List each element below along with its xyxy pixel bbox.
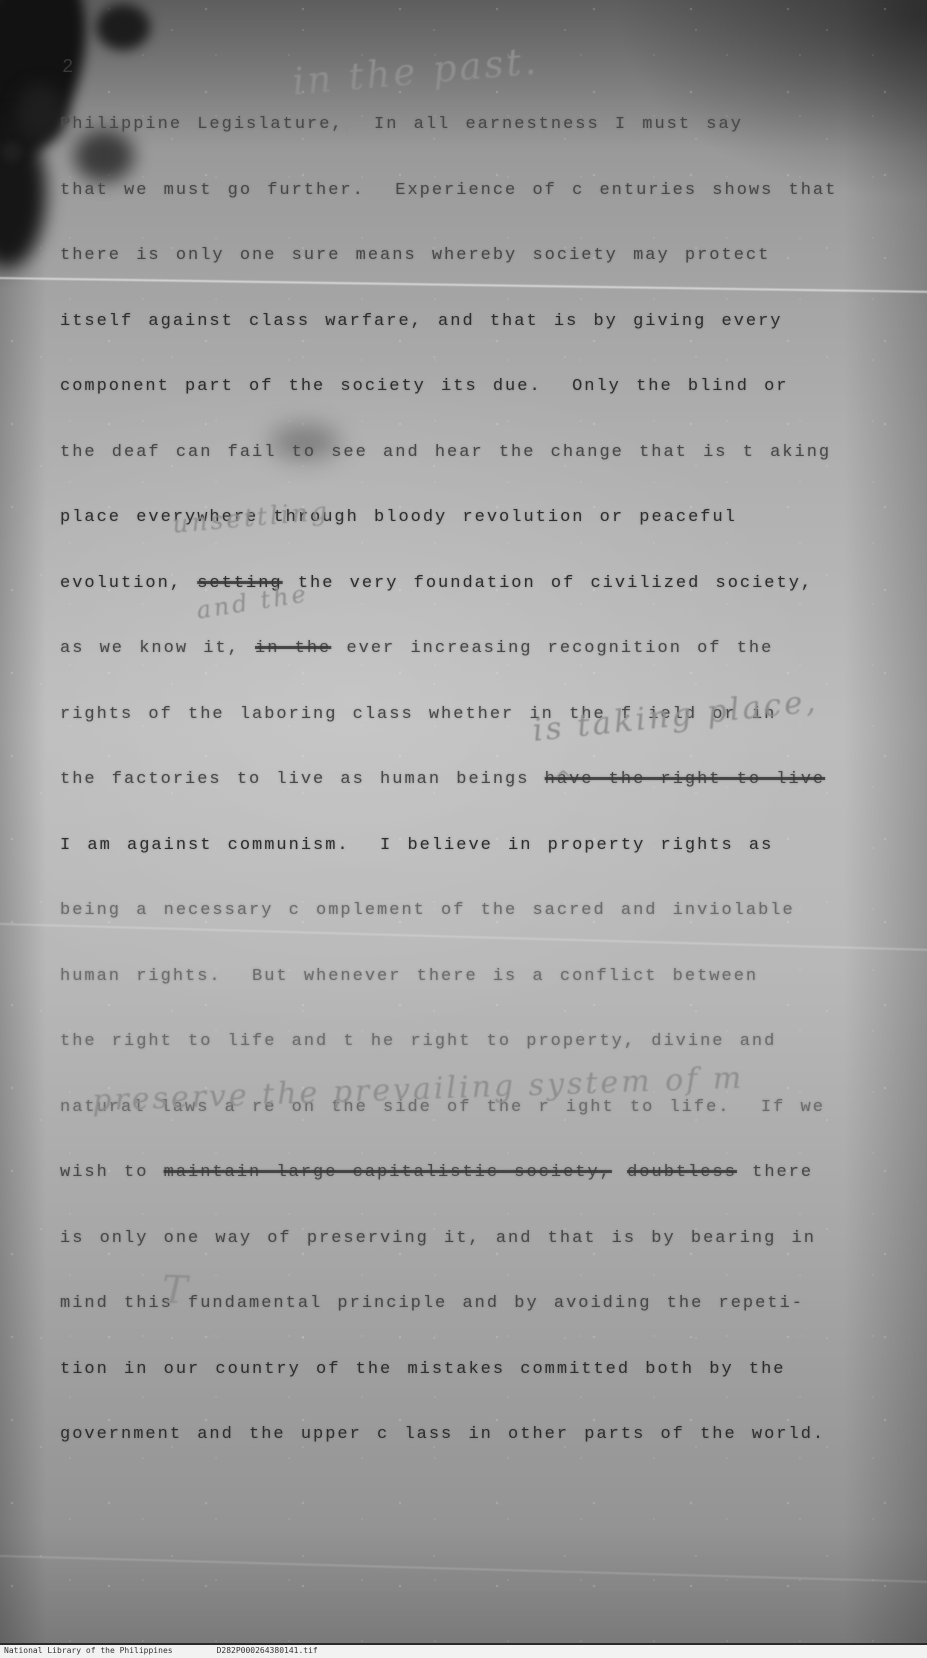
typed-text-segment: there is only one sure means whereby soc… — [60, 246, 770, 265]
typed-line: place everywhere through bloody revoluti… — [60, 485, 897, 551]
footer-library-name: National Library of the Philippines — [4, 1646, 173, 1655]
typed-text-segment: place everywhere through bloody revoluti… — [60, 508, 737, 527]
typed-line: wish to maintain large capitalistic soci… — [60, 1140, 897, 1206]
typed-text-segment: that we must go further. Experience of c… — [60, 181, 837, 200]
typed-text-segment: the very foundation of civilized society… — [283, 574, 813, 593]
typed-line: rights of the laboring class whether in … — [60, 682, 897, 748]
typed-text-segment: rights of the laboring class whether in … — [60, 705, 776, 724]
typed-text-segment: human rights. But whenever there is a co… — [60, 967, 758, 986]
scan-footer-bar: National Library of the PhilippinesD282P… — [0, 1643, 927, 1658]
crease-line — [0, 1555, 927, 1584]
typed-text-block: Philippine Legislature, In all earnestne… — [60, 92, 897, 1468]
scanned-document-page: 2 Philippine Legislature, In all earnest… — [0, 0, 927, 1658]
typed-line: Philippine Legislature, In all earnestne… — [60, 92, 897, 158]
typed-line: government and the upper c lass in other… — [60, 1402, 897, 1468]
typed-text-segment — [612, 1163, 627, 1182]
typed-text-segment: I am against communism. I believe in pro… — [60, 836, 773, 855]
typed-text-segment: mind this fundamental principle and by a… — [60, 1294, 804, 1313]
typed-text-segment: tion in our country of the mistakes comm… — [60, 1360, 786, 1379]
typed-line: the factories to live as human beings ha… — [60, 747, 897, 813]
typed-text-segment: the factories to live as human beings — [60, 770, 545, 789]
ink-blot — [16, 84, 66, 144]
struck-through-text: in the — [255, 639, 331, 658]
typed-line: there is only one sure means whereby soc… — [60, 223, 897, 289]
typed-line: the right to life and t he right to prop… — [60, 1009, 897, 1075]
typed-line: human rights. But whenever there is a co… — [60, 944, 897, 1010]
typed-line: as we know it, in the ever increasing re… — [60, 616, 897, 682]
typed-line: natural laws a re on the side of the r i… — [60, 1075, 897, 1141]
typed-line: being a necessary c omplement of the sac… — [60, 878, 897, 944]
typed-text-segment: itself against class warfare, and that i… — [60, 312, 783, 331]
typed-text-segment: being a necessary c omplement of the sac… — [60, 901, 795, 920]
struck-through-text: maintain large capitalistic society, — [164, 1163, 612, 1182]
typed-text-segment: as we know it, — [60, 639, 255, 658]
typed-text-segment: Philippine Legislature, In all earnestne… — [60, 115, 743, 134]
typed-line: component part of the society its due. O… — [60, 354, 897, 420]
ink-blot — [96, 4, 150, 50]
page-number: 2 — [62, 56, 73, 78]
typed-line: evolution, setting the very foundation o… — [60, 551, 897, 617]
typed-line: itself against class warfare, and that i… — [60, 289, 897, 355]
typed-text-segment: ever increasing recognition of the — [331, 639, 773, 658]
typed-line: mind this fundamental principle and by a… — [60, 1271, 897, 1337]
typed-text-segment: wish to — [60, 1163, 164, 1182]
typed-text-segment: evolution, — [60, 574, 197, 593]
typed-text-segment: natural laws a re on the side of the r i… — [60, 1098, 825, 1117]
typed-text-segment: there — [737, 1163, 813, 1182]
typed-text-segment: is only one way of preserving it, and th… — [60, 1229, 816, 1248]
typed-text-segment: the deaf can fail to see and hear the ch… — [60, 443, 831, 462]
typed-line: is only one way of preserving it, and th… — [60, 1206, 897, 1272]
struck-through-text: setting — [197, 574, 282, 593]
ink-blot — [2, 142, 22, 162]
typed-line: the deaf can fail to see and hear the ch… — [60, 420, 897, 486]
typed-line: that we must go further. Experience of c… — [60, 158, 897, 224]
typed-text-segment: the right to life and t he right to prop… — [60, 1032, 776, 1051]
typed-line: tion in our country of the mistakes comm… — [60, 1337, 897, 1403]
typed-text-segment: government and the upper c lass in other… — [60, 1425, 825, 1444]
footer-filename: D282P000264380141.tif — [217, 1646, 318, 1655]
struck-through-text: doubtless — [627, 1163, 737, 1182]
typed-text-segment: component part of the society its due. O… — [60, 377, 789, 396]
typed-line: I am against communism. I believe in pro… — [60, 813, 897, 879]
struck-through-text: have the right to live — [545, 770, 825, 789]
